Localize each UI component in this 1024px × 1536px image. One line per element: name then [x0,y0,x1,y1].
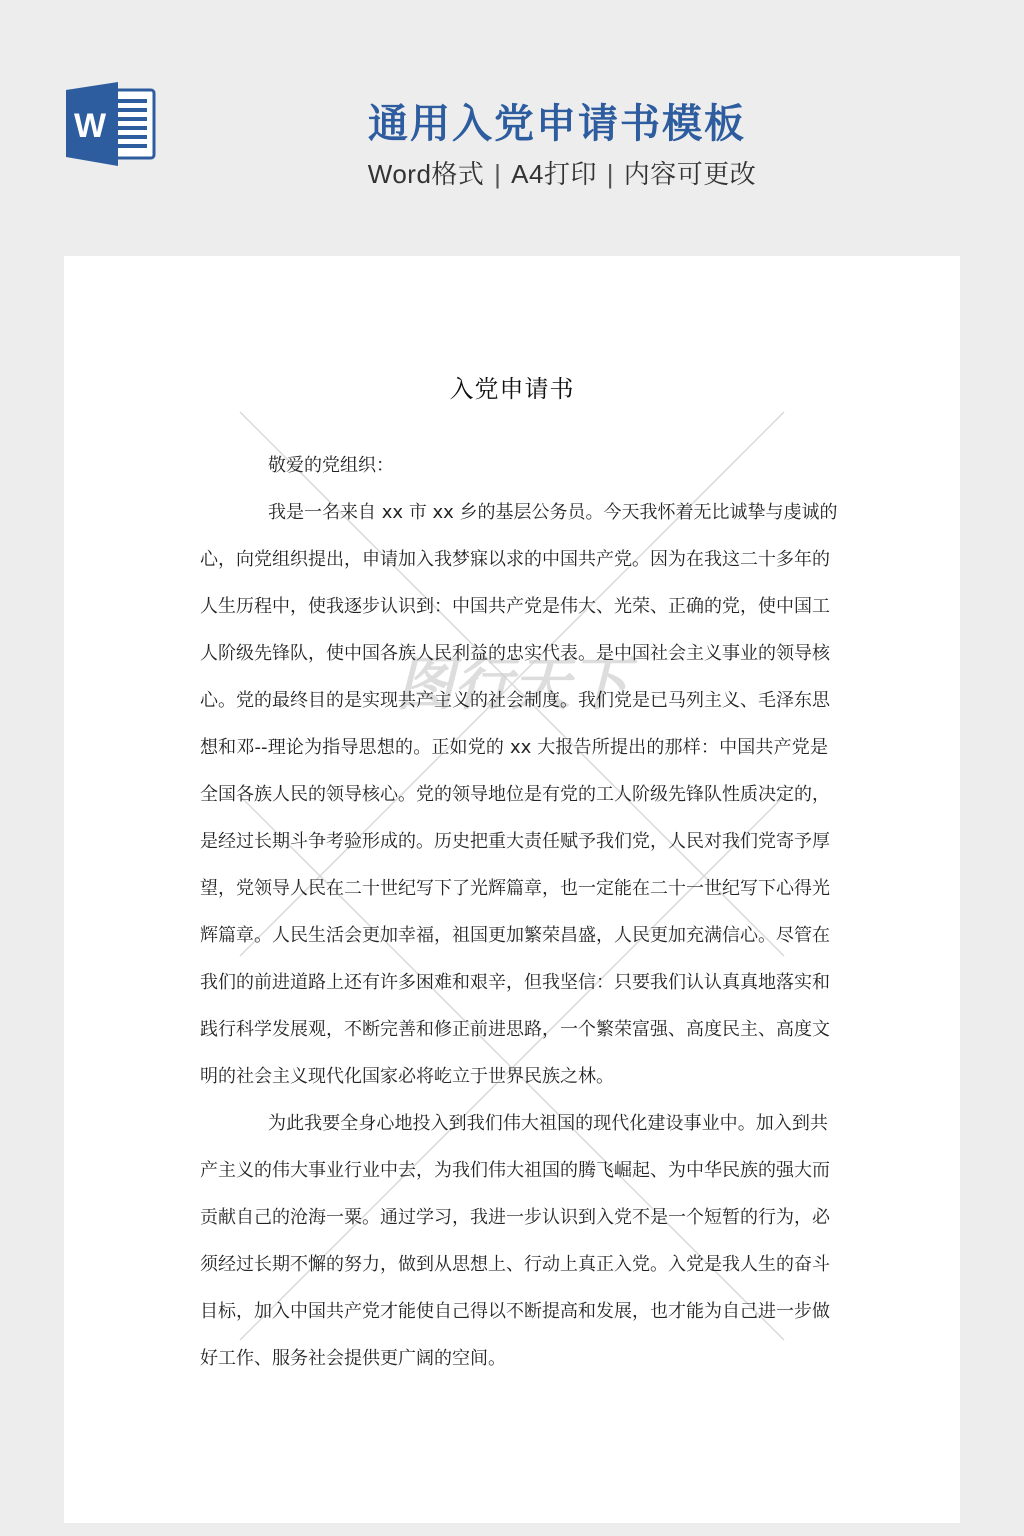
subtitle-format: Word格式 [368,159,485,189]
document-body: 敬爱的党组织： 我是一名来自 xx 市 xx 乡的基层公务员。今天我怀着无比诚挚… [200,442,828,1382]
text-line: 是经过长期斗争考验形成的。历史把重大责任赋予我们党，人民对我们党寄予厚 [200,818,828,865]
text-line: 人阶级先锋队，使中国各族人民利益的忠实代表。是中国社会主义事业的领导核 [200,630,828,677]
text-line: 目标，加入中国共产党才能使自己得以不断提高和发展，也才能为自己进一步做 [200,1288,828,1335]
subtitle-editable: 内容可更改 [624,159,757,189]
template-header: W 通用入党申请书模板 Word格式 | A4打印 | 内容可更改 [0,0,1024,256]
text-line: 我是一名来自 xx 市 xx 乡的基层公务员。今天我怀着无比诚挚与虔诚的 [200,489,828,536]
text-line: 心，向党组织提出，申请加入我梦寐以求的中国共产党。因为在我这二十多年的 [200,536,828,583]
text-line: 全国各族人民的领导核心。党的领导地位是有党的工人阶级先锋队性质决定的， [200,771,828,818]
text-line: 贡献自己的沧海一粟。通过学习，我进一步认识到入党不是一个短暂的行为，必 [200,1194,828,1241]
text-line: 人生历程中，使我逐步认识到：中国共产党是伟大、光荣、正确的党，使中国工 [200,583,828,630]
paragraph-2: 为此我要全身心地投入到我们伟大祖国的现代化建设事业中。加入到共 产主义的伟大事业… [200,1100,828,1382]
text-line: 辉篇章。人民生活会更加幸福，祖国更加繁荣昌盛，人民更加充满信心。尽管在 [200,912,828,959]
text-line: 心。党的最终目的是实现共产主义的社会制度。我们党是已马列主义、毛泽东思 [200,677,828,724]
document-title: 入党申请书 [64,369,960,404]
paragraph-1: 我是一名来自 xx 市 xx 乡的基层公务员。今天我怀着无比诚挚与虔诚的 心，向… [200,489,828,1100]
subtitle-separator: | [492,159,503,189]
text-line: 想和邓--理论为指导思想的。正如党的 xx 大报告所提出的那样：中国共产党是 [200,724,828,771]
template-subtitle: Word格式 | A4打印 | 内容可更改 [0,154,1024,191]
document-page: 图行天下 入党申请书 敬爱的党组织： 我是一名来自 xx 市 xx 乡的基层公务… [64,256,960,1523]
subtitle-separator: | [605,159,616,189]
text-line: 望，党领导人民在二十世纪写下了光辉篇章，也一定能在二十一世纪写下心得光 [200,865,828,912]
subtitle-print: A4打印 [511,159,597,189]
text-line: 我们的前进道路上还有许多困难和艰辛，但我坚信：只要我们认认真真地落实和 [200,959,828,1006]
text-line: 为此我要全身心地投入到我们伟大祖国的现代化建设事业中。加入到共 [200,1100,828,1147]
text-line: 践行科学发展观，不断完善和修正前进思路，一个繁荣富强、高度民主、高度文 [200,1006,828,1053]
template-title: 通用入党申请书模板 [0,92,1024,149]
text-line: 须经过长期不懈的努力，做到从思想上、行动上真正入党。入党是我人生的奋斗 [200,1241,828,1288]
text-line: 产主义的伟大事业行业中去，为我们伟大祖国的腾飞崛起、为中华民族的强大而 [200,1147,828,1194]
text-line: 明的社会主义现代化国家必将屹立于世界民族之林。 [200,1053,828,1100]
text-line: 好工作、服务社会提供更广阔的空间。 [200,1335,828,1382]
salutation: 敬爱的党组织： [200,442,828,489]
